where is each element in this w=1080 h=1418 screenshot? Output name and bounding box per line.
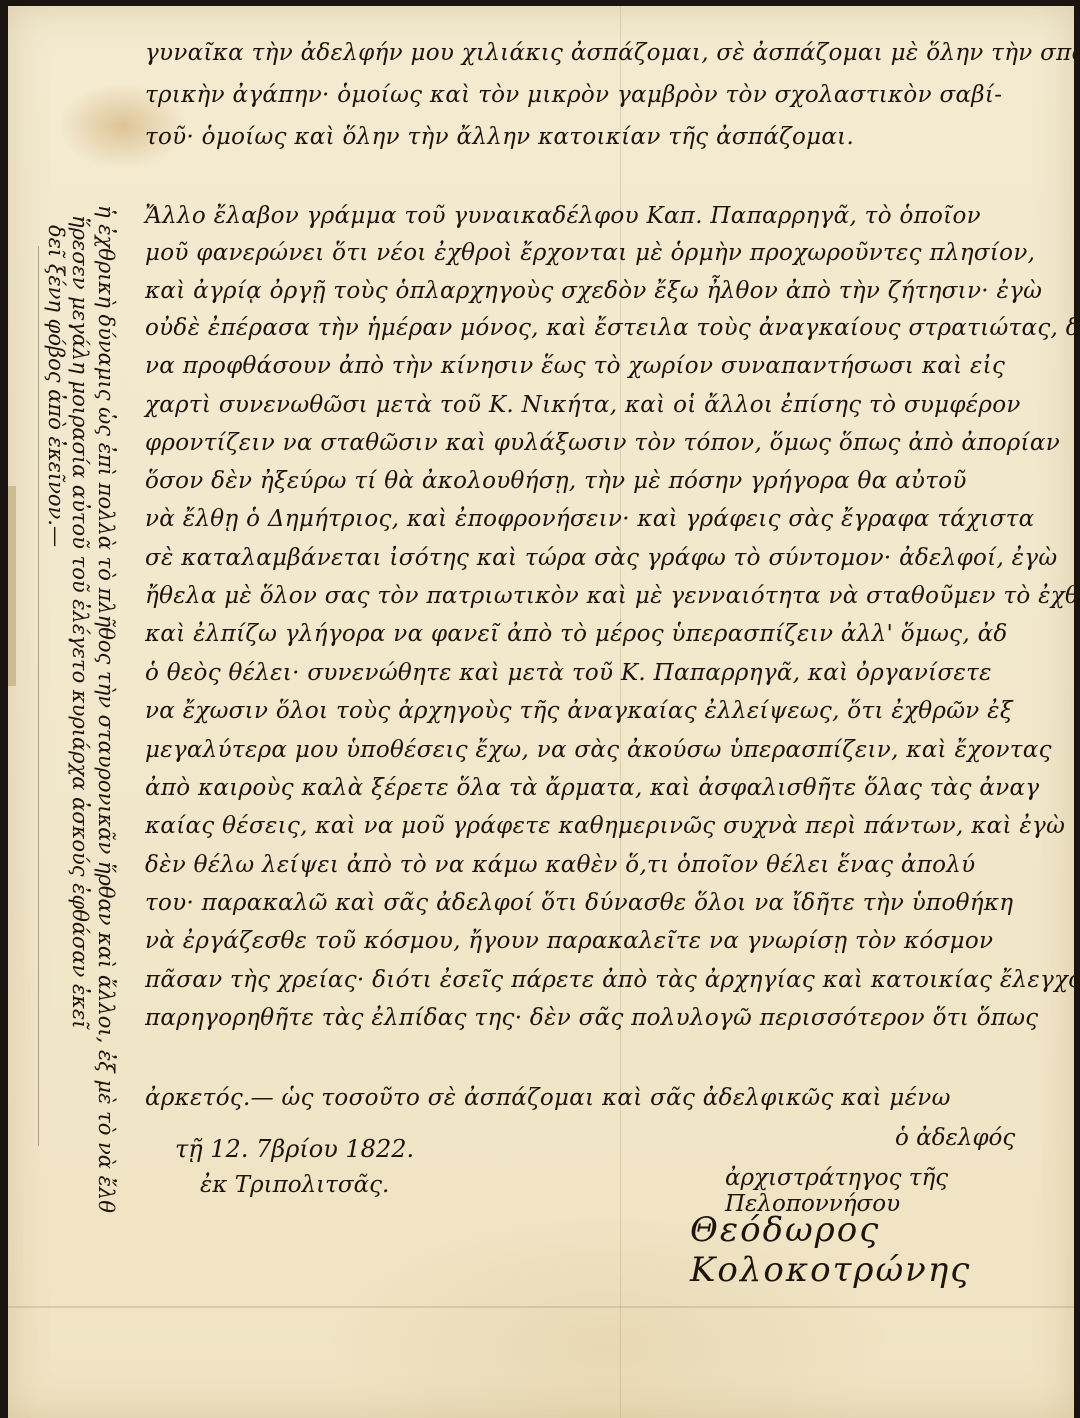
header-line: τοῦ· ὁμοίως καὶ ὅλην τὴν ἄλλην κατοικίαν… bbox=[145, 124, 854, 150]
body-line: δὲν θέλω λείψει ἀπὸ τὸ να κάμω καθὲν ὅ,τ… bbox=[145, 852, 975, 878]
body-line: ἀπὸ καιροὺς καλὰ ξέρετε ὅλα τὰ ἄρματα, κ… bbox=[145, 775, 1039, 801]
margin-rule bbox=[38, 246, 40, 1146]
body-line: παρηγορηθῆτε τὰς ἐλπίδας της· δὲν σᾶς πο… bbox=[145, 1005, 1038, 1031]
letter-date: τῇ 12. 7βρίου 1822. bbox=[175, 1135, 414, 1163]
body-line: νὰ ἐργάζεσθε τοῦ κόσμου, ἤγουν παρακαλεῖ… bbox=[145, 928, 993, 954]
margin-note-line: ἡ ἐχθρικὴ δύναμις ὡς ἐπὶ πολλὰ τὸ πλῆθος… bbox=[94, 205, 118, 1213]
body-line: ὅσον δὲν ἠξεύρω τί θὰ ἀκολουθήσῃ, τὴν μὲ… bbox=[145, 468, 967, 494]
body-line: πᾶσαν τὴς χρείας· διότι ἐσεῖς πάρετε ἀπὸ… bbox=[145, 967, 1080, 993]
binding-tab bbox=[8, 486, 16, 686]
margin-note-line: δεῖ ξένη φόβος ἀπὸ ἐκεῖνον.— bbox=[44, 225, 68, 547]
body-line: καὶ ἀγρίᾳ ὀργῇ τοὺς ὁπλαρχηγοὺς σχεδὸν ἔ… bbox=[145, 278, 1042, 304]
body-line: καίας θέσεις, καὶ να μοῦ γράφετε καθημερ… bbox=[145, 813, 1065, 839]
fold-crease-horizontal bbox=[8, 1306, 1074, 1308]
body-line: χαρτὶ συνενωθῶσι μετὰ τοῦ Κ. Νικήτα, καὶ… bbox=[145, 392, 1021, 418]
body-line: ἀρκετός.— ὡς τοσοῦτο σὲ ἀσπάζομαι καὶ σᾶ… bbox=[145, 1085, 951, 1111]
body-line: νὰ ἔλθῃ ὁ Δημήτριος, καὶ ἐποφρονήσειν· κ… bbox=[145, 506, 1035, 532]
body-line: ἤθελα μὲ ὅλον σας τὸν πατριωτικὸν καὶ μὲ… bbox=[145, 583, 1080, 609]
body-line: να προφθάσουν ἀπὸ τὴν κίνησιν ἕως τὸ χωρ… bbox=[145, 353, 1005, 379]
closing-salutation: ὁ ἀδελφός bbox=[895, 1125, 1015, 1151]
body-line: καὶ ἐλπίζω γλήγορα να φανεῖ ἀπὸ τὸ μέρος… bbox=[145, 621, 1008, 647]
body-line: να ἔχωσιν ὅλοι τοὺς ἀρχηγοὺς τῆς ἀναγκαί… bbox=[145, 698, 1013, 724]
signature: Θεόδωρος Κολοκοτρώνης bbox=[690, 1210, 1080, 1290]
letter-place: ἐκ Τριπολιτσᾶς. bbox=[200, 1172, 389, 1198]
body-line: σὲ καταλαμβάνεται ἰσότης καὶ τώρα σὰς γρ… bbox=[145, 545, 1057, 571]
body-line: μεγαλύτερα μου ὑποθέσεις ἔχω, να σὰς ἀκο… bbox=[145, 737, 1052, 763]
header-line: γυναῖκα τὴν ἀδελφήν μου χιλιάκις ἀσπάζομ… bbox=[145, 40, 1080, 66]
body-line: Ἄλλο ἔλαβον γράμμα τοῦ γυναικαδέλφου Καπ… bbox=[145, 203, 981, 229]
body-line: οὐδὲ ἐπέρασα τὴν ἡμέραν μόνος, καὶ ἔστει… bbox=[145, 315, 1080, 341]
header-line: τρικὴν ἀγάπην· ὁμοίως καὶ τὸν μικρὸν γαμ… bbox=[145, 82, 1002, 108]
margin-note-line: ἥρεσεν μεγάλη μοιρασία αὐτοῦ τοῦ ἐλέγετο… bbox=[68, 215, 92, 1029]
body-line: ὁ θεὸς θέλει· συνενώθητε καὶ μετὰ τοῦ Κ.… bbox=[145, 660, 992, 686]
body-line: φροντίζειν να σταθῶσιν καὶ φυλάξωσιν τὸν… bbox=[145, 430, 1060, 456]
body-line: μοῦ φανερώνει ὅτι νέοι ἐχθροὶ ἔρχονται μ… bbox=[145, 240, 1035, 266]
body-line: του· παρακαλῶ καὶ σᾶς ἀδελφοί ὅτι δύνασθ… bbox=[145, 890, 1013, 916]
